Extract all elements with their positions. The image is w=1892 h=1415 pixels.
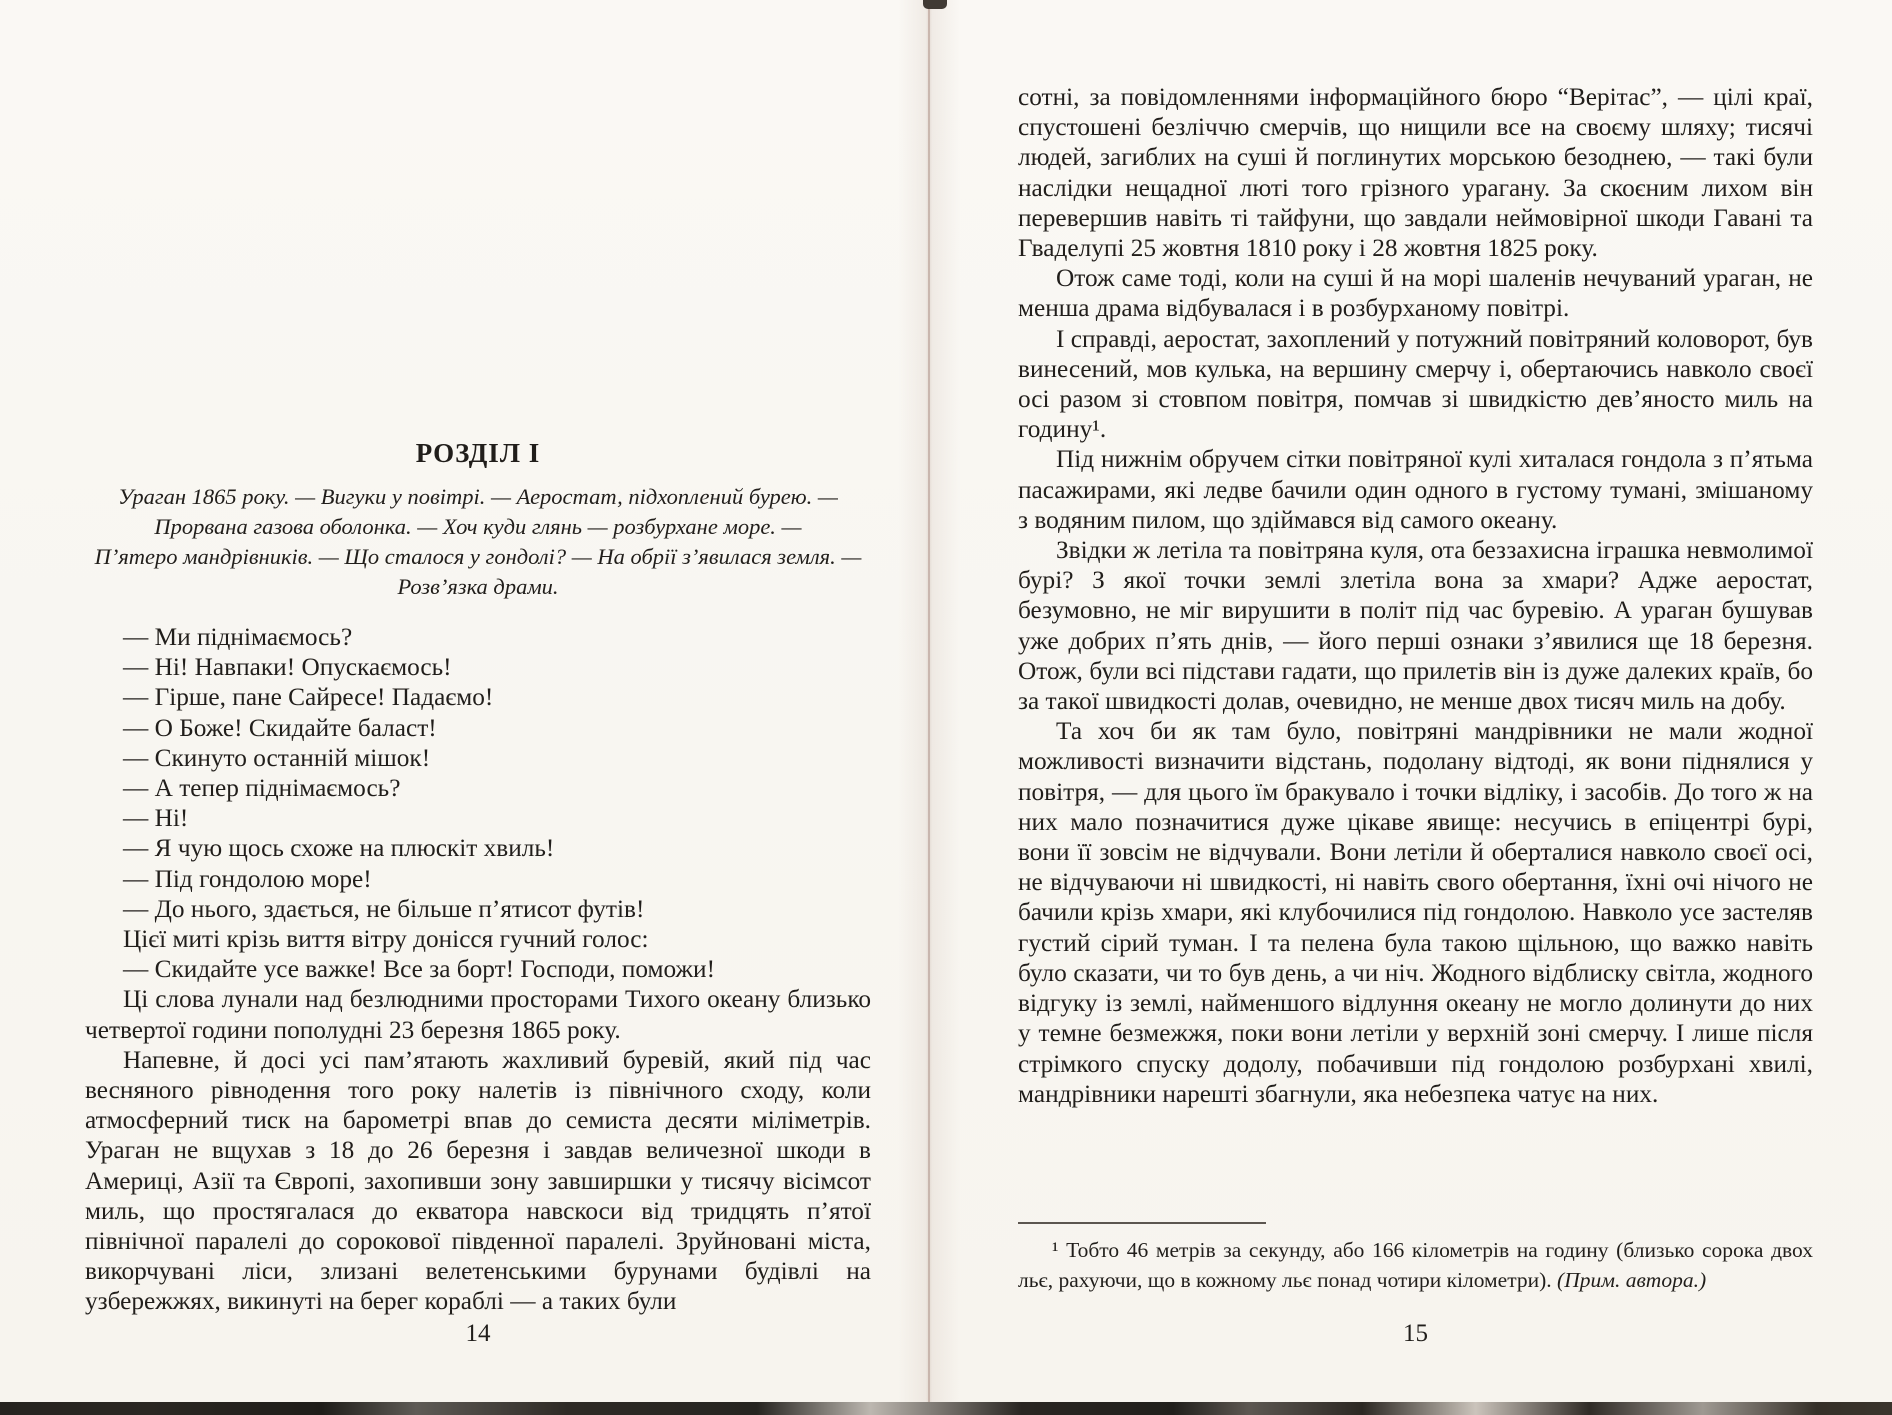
narration-paragraph: Отож саме тоді, коли на суші й на морі ш… — [1018, 263, 1813, 323]
dialogue-line: — Скидайте усе важке! Все за борт! Госпо… — [85, 954, 871, 984]
right-page: сотні, за повідомленнями інформаційного … — [1018, 82, 1813, 1109]
narration-paragraph: Ці слова лунали над безлюдними просторам… — [85, 984, 871, 1044]
narration-paragraph: сотні, за повідомленнями інформаційного … — [1018, 82, 1813, 263]
book-spread: РОЗДІЛ I Ураган 1865 року. — Вигуки у по… — [0, 0, 1892, 1415]
binding-mark — [923, 0, 947, 9]
dialogue-line: — Я чую щось схоже на плюскіт хвиль! — [85, 833, 871, 863]
page-number-right: 15 — [1018, 1319, 1813, 1349]
dialogue-line: — Ні! Навпаки! Опускаємось! — [85, 652, 871, 682]
page-gutter-line — [928, 6, 930, 1402]
dialogue-line: — До нього, здається, не більше п’ятисот… — [85, 894, 871, 924]
chapter-heading: РОЗДІЛ I — [85, 437, 871, 469]
right-page-body: сотні, за повідомленнями інформаційного … — [1018, 82, 1813, 1109]
footnote-author-note: (Прим. автора.) — [1557, 1268, 1706, 1292]
page-number-left: 14 — [85, 1319, 871, 1349]
left-page: РОЗДІЛ I Ураган 1865 року. — Вигуки у по… — [85, 437, 871, 1317]
dialogue-line: — Гірше, пане Сайресе! Падаємо! — [85, 682, 871, 712]
narration-paragraph: Напевне, й досі усі пам’ятають жахливий … — [85, 1045, 871, 1317]
dialogue-line: — Під гондолою море! — [85, 864, 871, 894]
narration-paragraph: Та хоч би як там було, повітряні мандрів… — [1018, 716, 1813, 1109]
book-bottom-edge — [0, 1402, 1892, 1415]
footnote-separator — [1018, 1222, 1266, 1224]
dialogue-line: — О Боже! Скидайте баласт! — [85, 713, 871, 743]
dialogue-line: — Ні! — [85, 803, 871, 833]
narration-paragraph: Цієї миті крізь виття вітру донісся гучн… — [85, 924, 871, 954]
footnote-block: ¹ Тобто 46 метрів за секунду, або 166 кі… — [1018, 1222, 1813, 1295]
footnote-text: ¹ Тобто 46 метрів за секунду, або 166 кі… — [1018, 1236, 1813, 1295]
dialogue-line: — А тепер піднімаємось? — [85, 773, 871, 803]
left-page-body: — Ми піднімаємось? — Ні! Навпаки! Опуска… — [85, 622, 871, 1317]
dialogue-line: — Ми піднімаємось? — [85, 622, 871, 652]
chapter-summary: Ураган 1865 року. — Вигуки у повітрі. — … — [85, 482, 871, 602]
narration-paragraph: І справді, аеростат, захоплений у потужн… — [1018, 324, 1813, 445]
summary-line: Прорвана газова оболонка. — Хоч куди гля… — [85, 512, 871, 542]
summary-line: Ураган 1865 року. — Вигуки у повітрі. — … — [85, 482, 871, 512]
summary-line: П’ятеро мандрівників. — Що сталося у гон… — [85, 542, 871, 572]
narration-paragraph: Звідки ж летіла та повітряна куля, ота б… — [1018, 535, 1813, 716]
dialogue-line: — Скинуто останній мішок! — [85, 743, 871, 773]
summary-line: Розв’язка драми. — [85, 572, 871, 602]
narration-paragraph: Під нижнім обручем сітки повітряної кулі… — [1018, 444, 1813, 535]
